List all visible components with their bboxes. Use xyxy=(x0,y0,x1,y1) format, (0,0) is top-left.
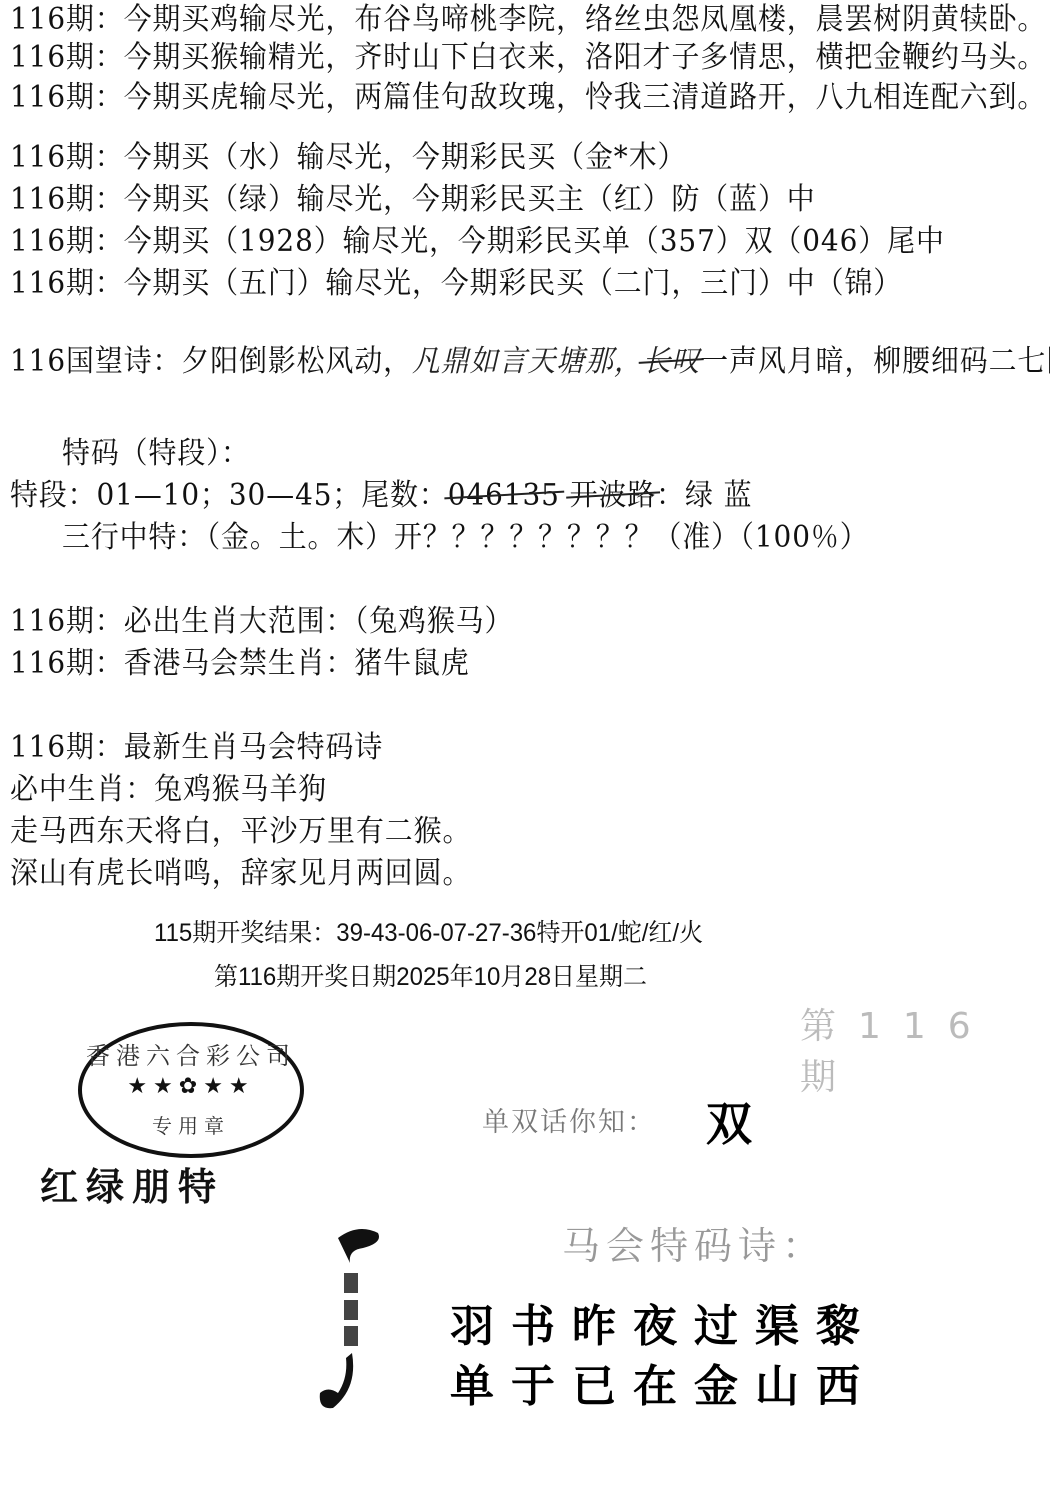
horse-poem-line-2: 单于已在金山西 xyxy=(450,1350,877,1414)
calligraphy-swirl-icon xyxy=(318,1218,398,1418)
wave-colors: ：绿 蓝 xyxy=(656,478,752,513)
special-heading: 特码（特段）： xyxy=(62,436,250,472)
tail-digits-struck: 046135 xyxy=(448,478,560,513)
national-poem-part2: 一声风月暗，柳腰细码二七围。 xyxy=(700,344,1050,379)
wave-struck: 开波路 xyxy=(570,478,656,513)
issue-line-door: 116期：今期买（五门）输尽光，今期彩民买（二门，三门）中（锦） xyxy=(10,266,902,302)
latest-poem-verse1: 走马西东天将白，平沙万里有二猴。 xyxy=(10,814,471,850)
national-poem-line: 116国望诗：夕阳倒影松风动，凡鼎如言天塘那，长叹一声风月暗，柳腰细码二七围。 xyxy=(10,344,1050,380)
zodiac-range: 116期：必出生肖大范围：（兔鸡猴马） xyxy=(10,604,513,640)
latest-poem-title: 116期：最新生肖马会特码诗 xyxy=(10,730,383,766)
company-stamp: 香港六合彩公司 ★★✿★★ 专用章 xyxy=(78,1022,304,1158)
odd-even-label: 单双话你知： xyxy=(482,1100,656,1139)
special-range-line: 特段：01—10；30—45；尾数：046135 开波路：绿 蓝 xyxy=(10,478,752,514)
three-elements-line: 三行中特：（金。土。木）开？？？？？？？？（准）（100％） xyxy=(62,520,869,556)
faded-issue-header: 第116期 xyxy=(800,998,1050,1100)
issue-line-monkey: 116期：今期买猴输精光，齐时山下白衣来，洛阳才子多情思，横把金鞭约马头。 xyxy=(10,40,1046,76)
issue-line-tiger: 116期：今期买虎输尽光，两篇佳句敌玫瑰，怜我三清道路开，八九相连配六到。 xyxy=(10,80,1046,116)
stamp-stars-icon: ★★✿★★ xyxy=(82,1074,300,1099)
zodiac-banned: 116期：香港马会禁生肖：猪牛鼠虎 xyxy=(10,646,470,682)
odd-even-value: 双 xyxy=(706,1088,752,1154)
national-poem-label: 116国望诗： xyxy=(10,344,181,379)
stamp-bottom-text: 专用章 xyxy=(82,1110,300,1139)
horse-poem-line-1: 羽书昨夜过渠黎 xyxy=(450,1290,877,1354)
stamp-arc-text: 香港六合彩公司 xyxy=(82,1036,300,1071)
latest-poem-verse2: 深山有虎长哨鸣，辞家见月两回圆。 xyxy=(10,856,471,892)
special-range-prefix: 特段：01—10；30—45；尾数： xyxy=(10,478,448,513)
horse-poem-title: 马会特码诗： xyxy=(562,1215,826,1270)
previous-result: 115期开奖结果：39-43-06-07-27-36特开01/蛇/红/火 xyxy=(154,918,703,948)
must-hit-zodiac: 必中生肖：兔鸡猴马羊狗 xyxy=(10,772,327,808)
next-draw-date: 第116期开奖日期2025年10月28日星期二 xyxy=(214,962,647,992)
issue-line-tail: 116期：今期买（1928）输尽光，今期彩民买单（357）双（046）尾中 xyxy=(10,224,945,260)
brand-title: 红绿朋特 xyxy=(40,1156,224,1211)
national-poem-scribble-struck: 长叹 xyxy=(643,344,701,379)
national-poem-scribble: 凡鼎如言天塘那， xyxy=(412,344,643,379)
national-poem-part1: 夕阳倒影松风动， xyxy=(181,344,412,379)
issue-line-element: 116期：今期买（水）输尽光，今期彩民买（金*木） xyxy=(10,140,686,176)
issue-line-rooster: 116期：今期买鸡输尽光，布谷鸟啼桃李院，络丝虫怨凤凰楼，晨罢树阴黄犊卧。 xyxy=(10,2,1046,38)
issue-line-color: 116期：今期买（绿）输尽光，今期彩民买主（红）防（蓝）中 xyxy=(10,182,816,218)
